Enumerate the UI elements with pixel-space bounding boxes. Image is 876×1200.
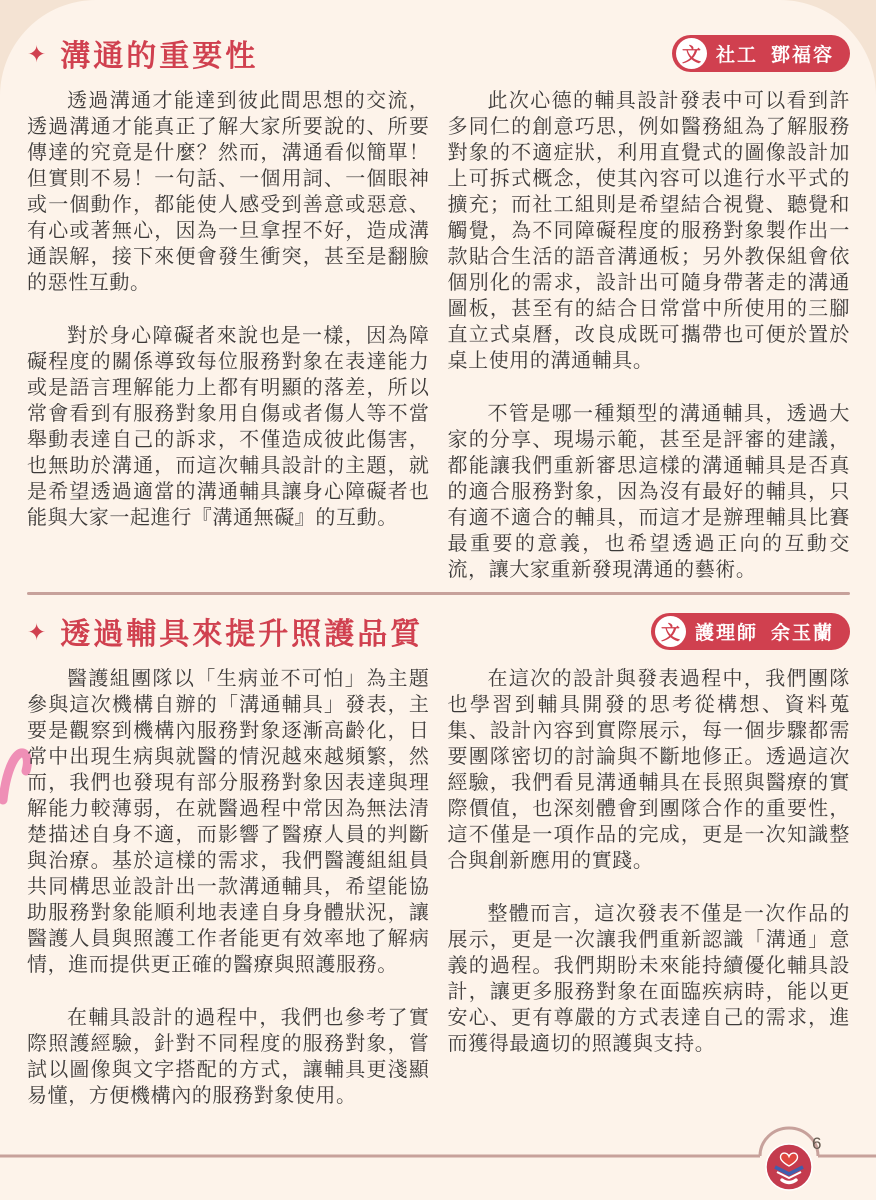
page-number: 6 [812,1134,821,1154]
author-name: 余玉蘭 [771,618,834,645]
byline-badge: 文 社工 鄧福容 [672,35,850,72]
article-title-text: 透過輔具來提升照護品質 [60,609,423,653]
section-divider [27,592,850,595]
paragraph: 在這次的設計與發表過程中，我們團隊也學習到輔具開發的思考從構想、資料蒐集、設計內… [448,666,851,874]
two-column-layout: 醫護組團隊以「生病並不可怕」為主題參與這次機構自辦的「溝通輔具」發表，主要是觀察… [27,666,850,1136]
two-column-layout: 透過溝通才能達到彼此間思想的交流，透過溝通才能真正了解大家所要說的、所要傳達的究… [27,88,850,610]
footer-rule-and-logo [0,1110,876,1200]
article-title-text: 溝通的重要性 [60,31,258,75]
paragraph: 在輔具設計的過程中，我們也參考了實際照護經驗，針對不同程度的服務對象，嘗試以圖像… [27,1005,430,1109]
heart-hands-logo-icon [766,1144,812,1190]
right-column: 此次心德的輔具設計發表中可以看到許多同仁的創意巧思，例如醫務組為了解服務對象的不… [448,88,851,610]
author-label-icon: 文 [655,616,686,647]
article-title: ✦ 溝通的重要性 [27,31,258,75]
article-assistive-care-quality: ✦ 透過輔具來提升照護品質 文 護理師 余玉蘭 醫護組團隊以「生病並不可怕」為主… [27,608,850,1136]
paragraph: 醫護組團隊以「生病並不可怕」為主題參與這次機構自辦的「溝通輔具」發表，主要是觀察… [27,666,430,978]
article-header: ✦ 透過輔具來提升照護品質 文 護理師 余玉蘭 [27,608,850,654]
paragraph: 不管是哪一種類型的溝通輔具，透過大家的分享、現場示範，甚至是評審的建議，都能讓我… [448,401,851,583]
diamond-star-icon: ✦ [27,41,46,68]
paragraph: 此次心德的輔具設計發表中可以看到許多同仁的創意巧思，例如醫務組為了解服務對象的不… [448,88,851,374]
article-communication-importance: ✦ 溝通的重要性 文 社工 鄧福容 透過溝通才能達到彼此間思想的交流，透過溝通才… [27,30,850,610]
article-title: ✦ 透過輔具來提升照護品質 [27,609,423,653]
byline-badge: 文 護理師 余玉蘭 [651,613,850,650]
left-column: 透過溝通才能達到彼此間思想的交流，透過溝通才能真正了解大家所要說的、所要傳達的究… [27,88,430,610]
author-name: 鄧福容 [771,40,834,67]
diamond-star-icon: ✦ [27,619,46,646]
left-column: 醫護組團隊以「生病並不可怕」為主題參與這次機構自辦的「溝通輔具」發表，主要是觀察… [27,666,430,1136]
paragraph: 透過溝通才能達到彼此間思想的交流，透過溝通才能真正了解大家所要說的、所要傳達的究… [27,88,430,296]
paragraph: 對於身心障礙者來說也是一樣，因為障礙程度的關係導致每位服務對象在表達能力或是語言… [27,323,430,531]
paragraph: 整體而言，這次發表不僅是一次作品的展示，更是一次讓我們重新認識「溝通」意義的過程… [448,901,851,1057]
author-role: 護理師 [695,618,758,645]
author-label-icon: 文 [676,38,707,69]
right-column: 在這次的設計與發表過程中，我們團隊也學習到輔具開發的思考從構想、資料蒐集、設計內… [448,666,851,1136]
author-role: 社工 [716,40,758,67]
article-header: ✦ 溝通的重要性 文 社工 鄧福容 [27,30,850,76]
magazine-page: ✦ 溝通的重要性 文 社工 鄧福容 透過溝通才能達到彼此間思想的交流，透過溝通才… [0,0,876,1200]
